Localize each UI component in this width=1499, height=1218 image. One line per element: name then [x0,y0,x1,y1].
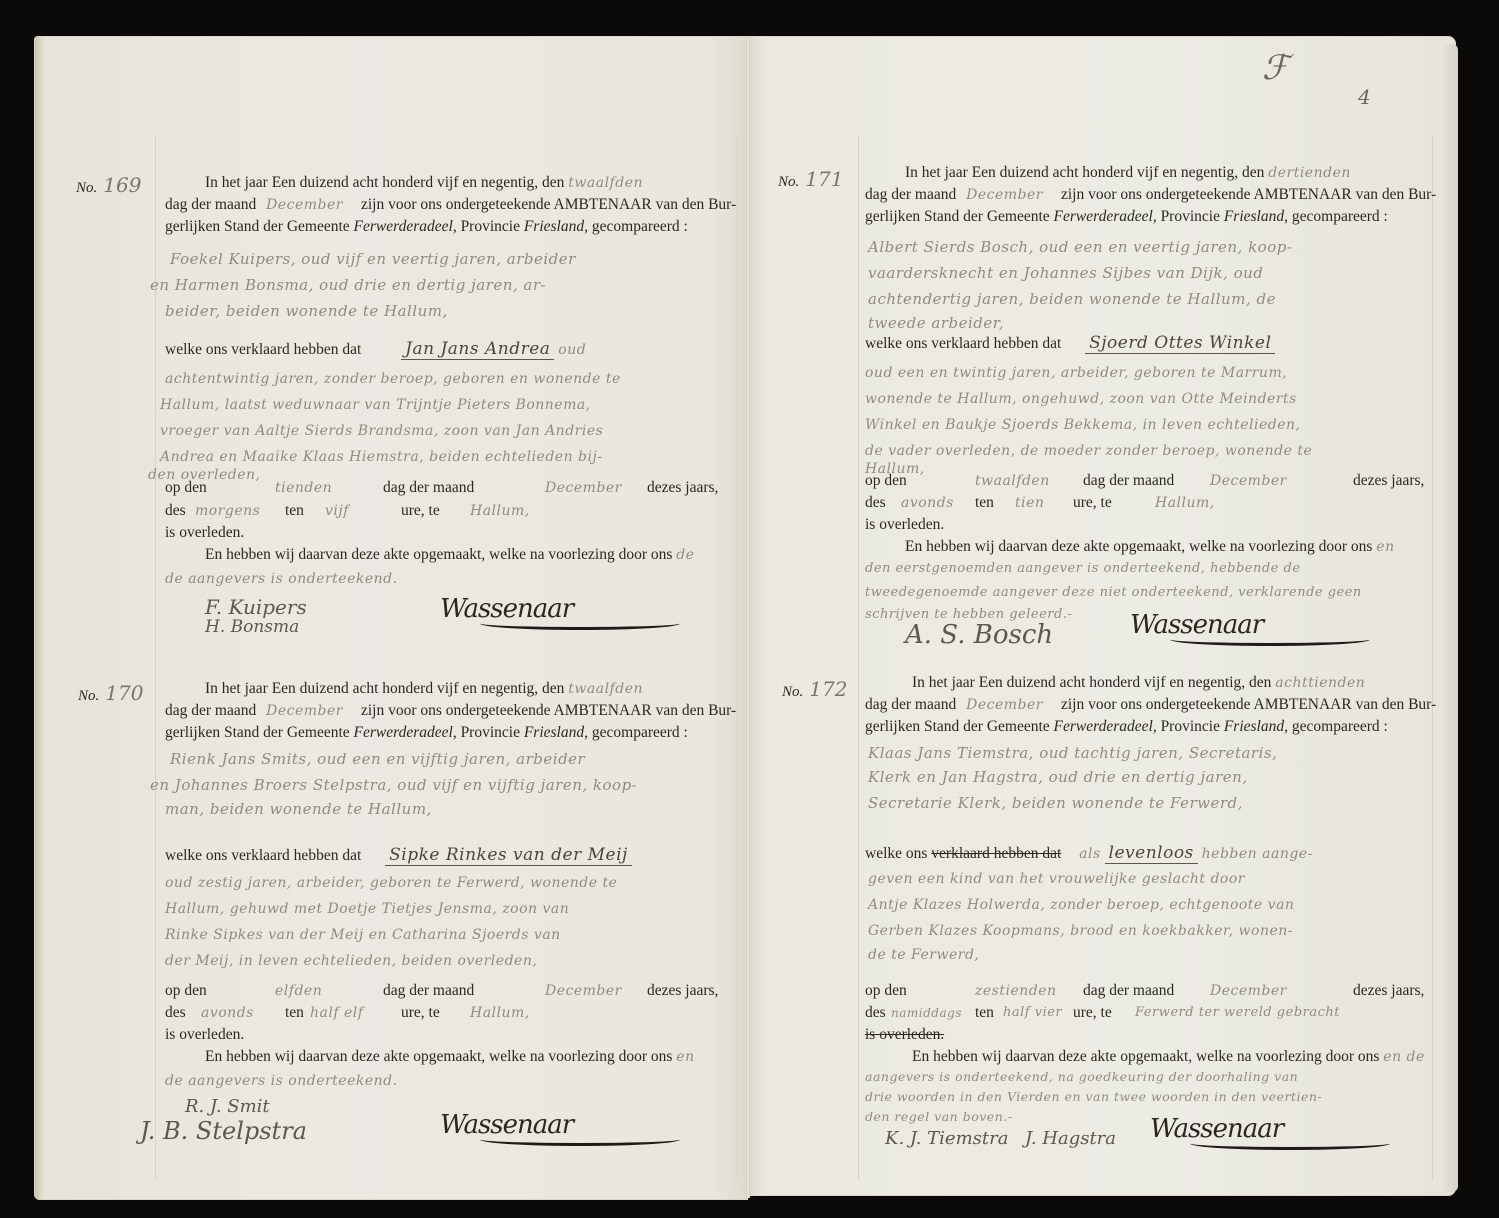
template-gecompareerd: , gecompareerd : [584,218,688,235]
text-line: En hebben wij daarvan deze akte opgemaak… [205,542,695,568]
text-line: En hebben wij daarvan deze akte opgemaak… [205,1044,695,1070]
template-welke_ons: welke ons [865,845,927,862]
deceased-name: Jan Jans Andrea [401,339,554,360]
template-provincie_label: , Provincie [453,218,520,235]
entries-1-no: 170 [105,681,143,705]
text-line: desmorgenstenvijfure, teHallum, [165,498,725,524]
template-dag_der_maand: dag der maand [865,696,956,713]
template-provincie: Friesland [1224,718,1284,735]
template-op_den: op den [865,472,907,489]
entries-1-month: December [266,703,343,719]
template-des: des [865,1004,886,1021]
template-intro: In het jaar Een duizend acht honderd vij… [912,674,1271,691]
witness-signature: K. J. Tiemstra [885,1126,1008,1152]
template-intro: In het jaar Een duizend acht honderd vij… [205,174,564,191]
template-closing: En hebben wij daarvan deze akte opgemaak… [905,538,1372,555]
entries-1-comparants-1: en Johannes Broers Stelpstra, oud vijf e… [150,772,637,798]
right-margin-rule [858,135,859,1180]
entries-2-details-0: oud een en twintig jaren, arbeider, gebo… [865,360,1287,386]
witness-signature: A. S. Bosch [905,622,1053,648]
template-des: des [165,1004,186,1021]
deceased-name: Sjoerd Ottes Winkel [1085,333,1275,354]
right-right-rule [1432,135,1433,1180]
template-dag_der_maand: dag der maand [165,196,256,213]
left-right-rule [737,135,738,1180]
entries-2-details-2: Winkel en Baukje Sjoerds Bekkema, in lev… [865,412,1300,438]
template-provincie: Friesland [524,218,584,235]
template-verklaard: welke ons verklaard hebben dat [865,335,1061,352]
template-ten: ten [975,1000,994,1026]
deceased-name: Sipke Rinkes van der Meij [385,845,632,866]
template-provincie: Friesland [524,724,584,741]
template-gecompareerd: , gecompareerd : [584,724,688,741]
entries-0-details-2: Hallum, laatst weduwnaar van Trijntje Pi… [160,392,591,418]
entries-2-details-3: de vader overleden, de moeder zonder ber… [865,438,1312,464]
template-provincie_label: , Provincie [1153,208,1220,225]
entries-0-month: December [266,197,343,213]
entries-3-place: Ferwerd ter wereld gebracht [1135,1000,1340,1026]
template-gemeente: Ferwerderadeel [1054,208,1153,225]
template-no_label: No. [782,684,803,700]
page-edge [1444,44,1458,1192]
template-ambtenaar_line: zijn voor ons ondergeteekende AMBTENAAR … [1061,696,1436,713]
template-stand_prefix: gerlijken Stand der Gemeente [865,718,1050,735]
record-number: No.170 [78,680,143,709]
entries-1-details-1: Hallum, gehuwd met Doetje Tietjes Jensma… [165,896,569,922]
record-number: No.169 [76,172,141,201]
template-op_den: op den [865,982,907,999]
entries-2-closing_cont-0: en [1376,539,1394,555]
text-line: desavondstenhalf elfure, teHallum, [165,1000,725,1026]
entries-3-date_word: achttienden [1275,675,1365,691]
entries-3-no: 172 [809,677,847,701]
text-line: welke ons verklaard hebben dat Sjoerd Ot… [865,330,1275,357]
record-number: No.172 [782,676,847,705]
entries-1-details-2: Rinke Sipkes van der Meij en Catharina S… [165,922,561,948]
template-closing: En hebben wij daarvan deze akte opgemaak… [205,1048,672,1065]
template-gecompareerd: , gecompareerd : [1284,718,1388,735]
template-stand_prefix: gerlijken Stand der Gemeente [165,724,350,741]
entries-3-details-1: geven een kind van het vrouwelijke gesla… [868,866,1245,892]
template-ure_te: ure, te [1073,490,1112,516]
entries-3-month: December [966,697,1043,713]
template-op_den: op den [165,479,207,496]
template-op_den: op den [165,982,207,999]
entries-0-details-0: oud [558,342,586,358]
template-provincie: Friesland [1224,208,1284,225]
entries-1-closing_cont-1: de aangevers is onderteekend. [165,1068,398,1094]
entries-1-place: Hallum, [470,1000,530,1026]
entries-1-closing_cont-0: en [676,1049,694,1065]
official-signature: Wassenaar [1150,1116,1283,1142]
entries-3-hour: half vier [1003,1000,1062,1026]
official-signature: Wassenaar [1130,612,1263,638]
template-intro: In het jaar Een duizend acht honderd vij… [905,164,1264,181]
entries-2-comparants-2: achtendertig jaren, beiden wonende te Ha… [868,286,1276,312]
witness-signature: H. Bonsma [205,614,299,640]
entries-3-closing_cont-0: en de [1383,1049,1425,1065]
text-line: desavondstentienure, teHallum, [865,490,1425,516]
template-ten: ten [975,490,994,516]
entries-0-comparants-0: Foekel Kuipers, oud vijf en veertig jare… [170,246,576,272]
entries-0-closing_cont-1: de aangevers is onderteekend. [165,566,398,592]
entries-3-details-0: hebben aange- [1202,846,1313,862]
template-des: des [165,502,186,519]
text-line: gerlijken Stand der Gemeente Ferwerderad… [165,214,688,240]
template-no_label: No. [76,180,97,196]
entries-1-details-3: der Meij, in leven echtelieden, beiden o… [165,948,537,974]
template-ten: ten [285,1000,304,1026]
template-ure_te: ure, te [401,1000,440,1026]
entries-3-comparants-2: Secretarie Klerk, beiden wonende te Ferw… [868,790,1243,816]
template-verklaard_struck: verklaard hebben dat [931,845,1061,862]
text-line: welke ons verklaard hebben dat Sipke Rin… [165,842,632,869]
text-line: gerlijken Stand der Gemeente Ferwerderad… [865,204,1388,230]
template-ure_te: ure, te [401,498,440,524]
entries-2-no: 171 [805,167,843,191]
entries-0-comparants-2: beider, beiden wonende te Hallum, [165,298,448,324]
text-line: gerlijken Stand der Gemeente Ferwerderad… [865,714,1388,740]
template-dag_der_maand: dag der maand [165,702,256,719]
template-ure_te: ure, te [1073,1000,1112,1026]
entries-0-details-1: achtentwintig jaren, zonder beroep, gebo… [165,366,621,392]
entries-3-details-4: de te Ferwerd, [868,942,979,968]
template-ambtenaar_line: zijn voor ons ondergeteekende AMBTENAAR … [361,196,736,213]
template-closing: En hebben wij daarvan deze akte opgemaak… [205,546,672,563]
template-intro: In het jaar Een duizend acht honderd vij… [205,680,564,697]
deceased-name: levenloos [1105,843,1198,864]
template-des: des [865,494,886,511]
entries-2-details-1: wonende te Hallum, ongehuwd, zoon van Ot… [865,386,1297,412]
template-closing: En hebben wij daarvan deze akte opgemaak… [912,1048,1379,1065]
entries-2-date_word: dertienden [1268,165,1351,181]
entries-3-deceased_prefix: als [1079,846,1101,862]
text-line: welke ons verklaard hebben dat Jan Jans … [165,336,586,363]
book-gutter [746,38,750,1198]
entries-2-month: December [966,187,1043,203]
template-gemeente: Ferwerderadeel [354,724,453,741]
entries-2-comparants-1: vaardersknecht en Johannes Sijbes van Di… [868,260,1263,286]
entries-0-hour: vijf [325,498,349,524]
entries-0-no: 169 [103,173,141,197]
entries-2-place: Hallum, [1155,490,1215,516]
template-provincie_label: , Provincie [1153,718,1220,735]
witness-signature: J. Hagstra [1025,1126,1116,1152]
entries-0-comparants-1: en Harmen Bonsma, oud drie en dertig jar… [150,272,546,298]
entries-1-details-0: oud zestig jaren, arbeider, geboren te F… [165,870,617,896]
template-gecompareerd: , gecompareerd : [1284,208,1388,225]
folio-mark: ℱ [1262,48,1289,88]
official-signature: Wassenaar [440,1112,573,1138]
date-word: twaalfden [568,175,643,191]
record-number: No.171 [778,166,843,195]
official-signature: Wassenaar [440,596,573,622]
template-ten: ten [285,498,304,524]
entries-2-closing_cont-1: den eerstgenoemden aangever is onderteek… [865,556,1301,582]
template-no_label: No. [78,688,99,704]
text-line: gerlijken Stand der Gemeente Ferwerderad… [165,720,688,746]
template-gemeente: Ferwerderadeel [1054,718,1153,735]
template-stand_prefix: gerlijken Stand der Gemeente [165,218,350,235]
template-ambtenaar_line: zijn voor ons ondergeteekende AMBTENAAR … [1061,186,1436,203]
template-verklaard: welke ons verklaard hebben dat [165,341,361,358]
entries-3-comparants-0: Klaas Jans Tiemstra, oud tachtig jaren, … [868,740,1277,766]
entries-3-details-2: Antje Klazes Holwerda, zonder beroep, ec… [868,892,1294,918]
folio-page-number: 4 [1358,85,1371,109]
template-no_label: No. [778,174,799,190]
entries-0-closing_cont-0: de [676,547,694,563]
text-line: welke ons verklaard hebben dat als leven… [865,840,1313,867]
entries-2-comparants-0: Albert Sierds Bosch, oud een en veertig … [868,234,1292,260]
template-dag_der_maand: dag der maand [865,186,956,203]
template-provincie_label: , Provincie [453,724,520,741]
template-ambtenaar_line: zijn voor ons ondergeteekende AMBTENAAR … [361,702,736,719]
entries-3-details-3: Gerben Klazes Koopmans, brood en koekbak… [868,918,1293,944]
template-verklaard: welke ons verklaard hebben dat [165,847,361,864]
entries-0-details-3: vroeger van Aaltje Sierds Brandsma, zoon… [160,418,603,444]
text-line: desnamiddagstenhalf vierure, teFerwerd t… [865,1000,1425,1026]
template-gemeente: Ferwerderadeel [354,218,453,235]
entries-3-comparants-1: Klerk en Jan Hagstra, oud drie en dertig… [868,764,1248,790]
witness-signature: J. B. Stelpstra [140,1118,307,1144]
entries-1-comparants-2: man, beiden wonende te Hallum, [165,796,432,822]
template-stand_prefix: gerlijken Stand der Gemeente [865,208,1050,225]
entries-2-hour: tien [1015,490,1044,516]
entries-0-place: Hallum, [470,498,530,524]
entries-1-hour: half elf [310,1000,363,1026]
entries-1-comparants-0: Rienk Jans Smits, oud een en vijftig jar… [170,746,585,772]
entries-1-date_word: twaalfden [568,681,643,697]
